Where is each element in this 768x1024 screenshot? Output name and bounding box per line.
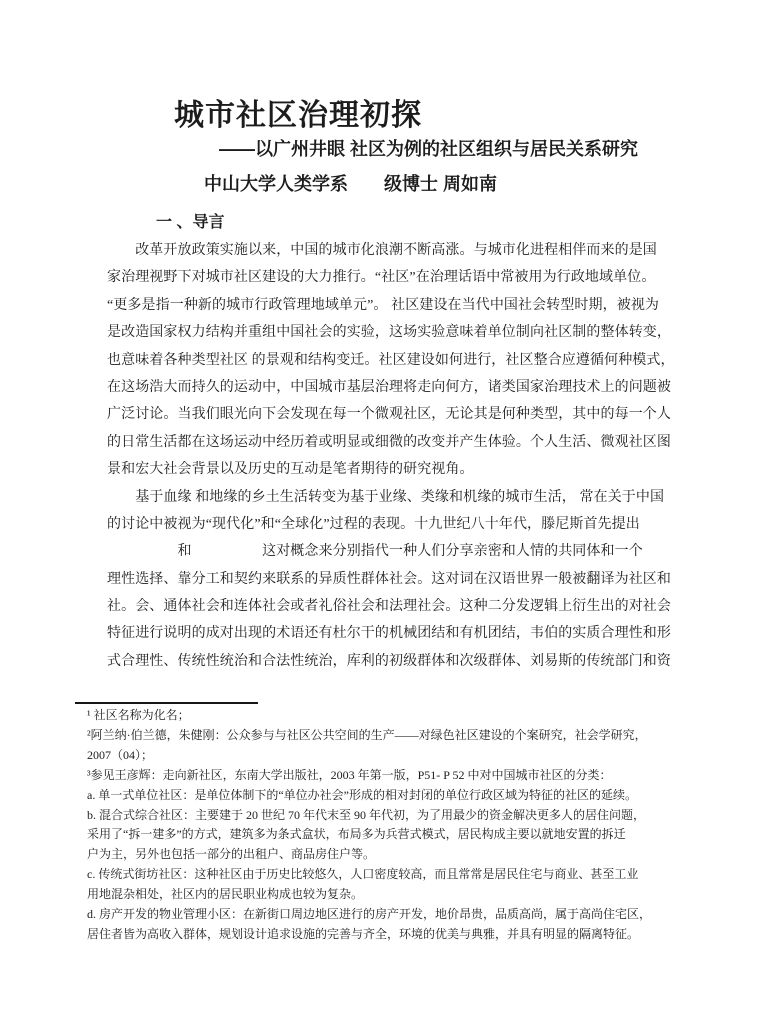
body-line: 社。会、通体社会和连体社会或者礼俗社会和法理社会。这种二分发逻辑上衍生出的对社会: [107, 593, 673, 620]
body-line: 和 这对概念来分别指代一种人们分享亲密和人情的共同体和一个: [107, 538, 673, 565]
footnote-line: ³参见王彦辉：走向新社区，东南大学出版社，2003 年第一版，P51- P 52…: [87, 766, 677, 786]
body-line: 的讨论中被视为“现代化”和“全球化”过程的表现。十九世纪八十年代，滕尼斯首先提出: [107, 511, 673, 538]
author-line: 中山大学人类学系 级博士 周如南: [204, 170, 497, 196]
body-line: 是改造国家权力结构并重组中国社会的实验，这场实验意味着单位制向社区制的整体转变，: [107, 319, 673, 346]
body-line: 广泛讨论。当我们眼光向下会发现在每一个微观社区，无论其是何种类型，其中的每一个人: [107, 401, 673, 428]
body-line: “更多是指一种新的城市行政管理地域单元”。 社区建设在当代中国社会转型时期，被视…: [107, 292, 673, 319]
body-line: 的日常生活都在这场运动中经历着或明显或细微的改变并产生体验。个人生活、微观社区图: [107, 429, 673, 456]
section-heading: 一 、导言: [156, 209, 224, 232]
footnote-separator: [75, 702, 258, 704]
footnotes-block: ¹ 社区名称为化名； ²阿兰纳·伯兰德，朱健刚：公众参与与社区公共空间的生产——…: [87, 706, 677, 945]
footnote-line: ²阿兰纳·伯兰德，朱健刚：公众参与与社区公共空间的生产——对绿色社区建设的个案研…: [87, 726, 677, 746]
body-line: 理性选择、靠分工和契约来联系的异质性群体社会。这对词在汉语世界一般被翻译为社区和: [107, 566, 673, 593]
footnote-line: c. 传统式街坊社区：这种社区由于历史比较悠久，人口密度较高，而且常常是居民住宅…: [87, 865, 677, 885]
body-text: 改革开放政策实施以来，中国的城市化浪潮不断高涨。与城市化进程相伴而来的是国 家治…: [107, 237, 673, 675]
page-subtitle: ——以广州井眼 社区为例的社区组织与居民关系研究: [219, 135, 638, 161]
footnote-line: a. 单一式单位社区：是单位体制下的“单位办社会”形成的相对封闭的单位行政区域为…: [87, 786, 677, 806]
body-line: 家治理视野下对城市社区建设的大力推行。“社区”在治理话语中常被用为行政地域单位。: [107, 264, 673, 291]
footnote-line: 2007（04）；: [87, 746, 677, 766]
footnote-line: b. 混合式综合社区：主要建于 20 世纪 70 年代末至 90 年代初，为了用…: [87, 806, 677, 826]
footnote-line: ¹ 社区名称为化名；: [87, 706, 677, 726]
footnote-line: 居住者皆为高收入群体，规划设计追求设施的完善与齐全，环境的优美与典雅，并具有明显…: [87, 925, 677, 945]
body-line: 在这场浩大而持久的运动中，中国城市基层治理将走向何方，诸类国家治理技术上的问题被: [107, 374, 673, 401]
footnote-line: d. 房产开发的物业管理小区：在新街口周边地区进行的房产开发，地价昂贵，品质高尚…: [87, 905, 677, 925]
footnote-line: 用地混杂相处，社区内的居民职业构成也较为复杂。: [87, 885, 677, 905]
body-line: 也意味着各种类型社区 的景观和结构变迁。社区建设如何进行，社区整合应遵循何种模式…: [107, 347, 673, 374]
footnote-line: 户为主，另外也包括一部分的出租户、商品房住户等。: [87, 845, 677, 865]
body-line: 特征进行说明的成对出现的术语还有杜尔干的机械团结和有机团结，韦伯的实质合理性和形: [107, 620, 673, 647]
document-page: 城市社区治理初探 ——以广州井眼 社区为例的社区组织与居民关系研究 中山大学人类…: [0, 0, 768, 1024]
body-line: 式合理性、传统性统治和合法性统治，库利的初级群体和次级群体、刘易斯的传统部门和资: [107, 648, 673, 675]
footnote-line: 采用了“拆一建多”的方式，建筑多为条式盒状，布局多为兵营式模式，居民构成主要以就…: [87, 825, 677, 845]
body-line: 改革开放政策实施以来，中国的城市化浪潮不断高涨。与城市化进程相伴而来的是国: [107, 237, 673, 264]
body-line: 基于血缘 和地缘的乡土生活转变为基于业缘、类缘和机缘的城市生活， 常在关于中国: [107, 484, 673, 511]
page-title: 城市社区治理初探: [174, 90, 422, 134]
body-line: 景和宏大社会背景以及历史的互动是笔者期待的研究视角。: [107, 456, 673, 483]
